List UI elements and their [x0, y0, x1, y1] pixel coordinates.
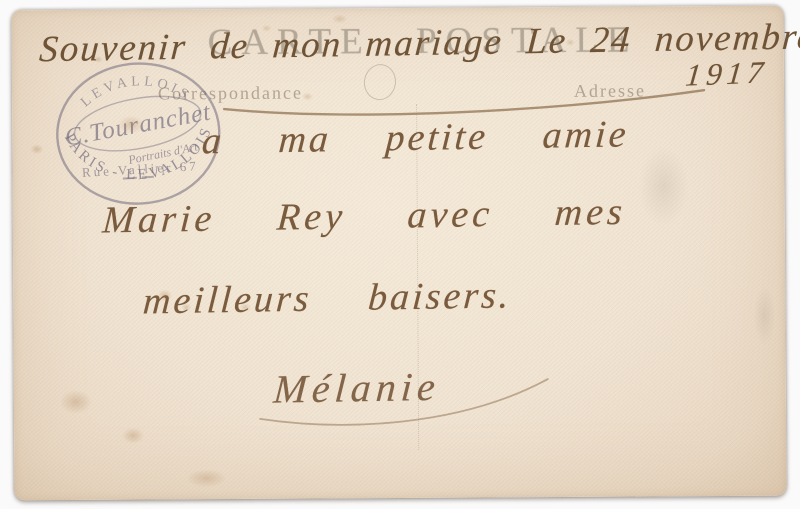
stain-spot [122, 428, 144, 444]
stain-spot [332, 14, 348, 23]
stain-spot [566, 39, 575, 46]
adresse-label: Adresse [574, 80, 646, 101]
photographer-stamp: LEVALLOIS C.Touranchet Portraits d'Art R… [50, 57, 227, 210]
postcard-back: CARTE POSTALE Correspondance Adresse LEV… [12, 6, 787, 501]
ghost-mark [753, 286, 775, 346]
stain-spot [239, 303, 251, 312]
handwriting-line-2: Marie Rey avec mes [101, 190, 628, 243]
stain-spot [186, 469, 226, 487]
handwriting-year: 1917 [684, 54, 770, 93]
handwriting-line-3: meilleurs baisers. [142, 273, 514, 323]
stain-spot [30, 144, 43, 154]
handwriting-signature: Mélanie [272, 363, 442, 413]
ghost-mark [638, 146, 688, 226]
divider-ornament-circle [362, 62, 399, 102]
stain-spot [60, 390, 92, 414]
stain-spot [157, 289, 172, 301]
stain-spot [181, 303, 191, 311]
stain-spot [94, 56, 103, 63]
stain-spot [262, 25, 272, 32]
stain-spot [118, 116, 144, 134]
stain-spot [302, 93, 313, 101]
handwriting-title-line: Souvenir de mon mariage Le 24 novembre [38, 15, 800, 71]
handwriting-line-1: a ma petite amie [201, 112, 631, 163]
